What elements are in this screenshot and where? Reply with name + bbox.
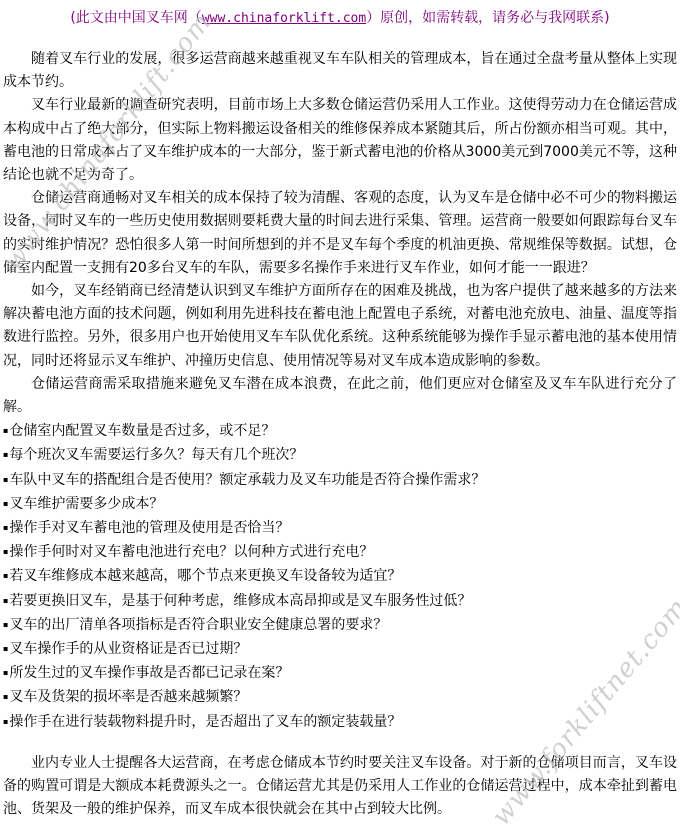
checklist-item: ▪叉车及货架的损坏率是否越来越频繁？: [3, 685, 677, 709]
paragraph-intro: 随着叉车行业的发展，很多运营商越来越重视叉车车队相关的管理成本，旨在通过全盘考量…: [3, 48, 677, 94]
closing-paragraph: 业内专业人士提醒各大运营商，在考虑仓储成本节约时要关注叉车设备。对于新的仓储项目…: [3, 752, 677, 822]
checklist-item: ▪操作手何时对叉车蓄电池进行充电？以何种方式进行充电？: [3, 540, 677, 564]
bullet-icon: ▪: [3, 468, 8, 491]
paragraph-measures: 仓储运营商需采取措施来避免叉车潜在成本浪费，在此之前，他们更应对仓储室及叉车车队…: [3, 373, 677, 419]
checklist-item-text: 操作手对叉车蓄电池的管理及使用是否恰当？: [9, 520, 289, 536]
checklist-item: ▪仓储室内配置叉车数量是否过多，或不足？: [3, 419, 677, 443]
bullet-icon: ▪: [3, 540, 8, 563]
paragraph-survey: 叉车行业最新的调查研究表明，目前市场上大多数仓储运营仍采用人工作业。这使得劳动力…: [3, 94, 677, 187]
checklist-item: ▪叉车维护需要多少成本？: [3, 492, 677, 516]
checklist-item: ▪操作手对叉车蓄电池的管理及使用是否恰当？: [3, 516, 677, 540]
attribution-suffix: ）原创，如需转载，请务必与我网联系): [366, 10, 609, 26]
checklist-item: ▪若要更换旧叉车，是基于何种考虑，维修成本高昂抑或是叉车服务性过低？: [3, 589, 677, 613]
bullet-icon: ▪: [3, 661, 8, 684]
checklist-item-text: 所发生过的叉车操作事故是否都已记录在案？: [9, 665, 289, 681]
checklist: ▪仓储室内配置叉车数量是否过多，或不足？ ▪每个班次叉车需要运行多久？每天有几个…: [3, 419, 677, 734]
checklist-item: ▪叉车的出厂清单各项指标是否符合职业安全健康总署的要求？: [3, 613, 677, 637]
checklist-item-text: 叉车及货架的损坏率是否越来越频繁？: [9, 689, 247, 705]
article-content: (此文由中国叉车网（www.chinaforklift.com）原创，如需转载，…: [0, 0, 680, 822]
checklist-item: ▪车队中叉车的搭配组合是否使用？额定承载力及叉车功能是否符合操作需求？: [3, 468, 677, 492]
bullet-icon: ▪: [3, 516, 8, 539]
attribution-prefix: (此文由中国叉车网（: [70, 10, 201, 26]
bullet-icon: ▪: [3, 637, 8, 660]
article-page: www.chinaforklift.com www.forkliftnet.co…: [0, 0, 680, 832]
bullet-icon: ▪: [3, 685, 8, 708]
bullet-icon: ▪: [3, 710, 8, 733]
checklist-item-text: 若要更换旧叉车，是基于何种考虑，维修成本高昂抑或是叉车服务性过低？: [9, 593, 471, 609]
source-link[interactable]: www.chinaforklift.com: [202, 11, 366, 26]
bullet-icon: ▪: [3, 564, 8, 587]
checklist-item: ▪若叉车维修成本越来越高，哪个节点来更换叉车设备较为适宜？: [3, 564, 677, 588]
checklist-item-text: 每个班次叉车需要运行多久？每天有几个班次？: [9, 447, 303, 463]
checklist-item: ▪所发生过的叉车操作事故是否都已记录在案？: [3, 661, 677, 685]
checklist-item-text: 仓储室内配置叉车数量是否过多，或不足？: [9, 423, 275, 439]
checklist-item: ▪每个班次叉车需要运行多久？每天有几个班次？: [3, 443, 677, 467]
checklist-item-text: 叉车的出厂清单各项指标是否符合职业安全健康总署的要求？: [9, 617, 387, 633]
checklist-item-text: 操作手在进行装载物料提升时，是否超出了叉车的额定装载量？: [9, 714, 401, 730]
bullet-icon: ▪: [3, 589, 8, 612]
paragraph-dealers-solutions: 如今，叉车经销商已经清楚认识到叉车维护方面所存在的困难及挑战，也为客户提供了越来…: [3, 280, 677, 373]
checklist-item-text: 叉车维护需要多少成本？: [9, 496, 163, 512]
source-attribution: (此文由中国叉车网（www.chinaforklift.com）原创，如需转载，…: [3, 8, 677, 29]
checklist-item-text: 叉车操作手的从业资格证是否已过期？: [9, 641, 247, 657]
paragraph-operators-attitude: 仓储运营商通畅对叉车相关的成本保持了较为清醒、客观的态度，认为叉车是仓储中必不可…: [3, 187, 677, 280]
checklist-item-text: 车队中叉车的搭配组合是否使用？额定承载力及叉车功能是否符合操作需求？: [9, 472, 485, 488]
bullet-icon: ▪: [3, 492, 8, 515]
checklist-item-text: 操作手何时对叉车蓄电池进行充电？以何种方式进行充电？: [9, 544, 373, 560]
bullet-icon: ▪: [3, 613, 8, 636]
bullet-icon: ▪: [3, 443, 8, 466]
checklist-item: ▪操作手在进行装载物料提升时，是否超出了叉车的额定装载量？: [3, 710, 677, 734]
checklist-item: ▪叉车操作手的从业资格证是否已过期？: [3, 637, 677, 661]
checklist-item-text: 若叉车维修成本越来越高，哪个节点来更换叉车设备较为适宜？: [9, 568, 401, 584]
bullet-icon: ▪: [3, 419, 8, 442]
